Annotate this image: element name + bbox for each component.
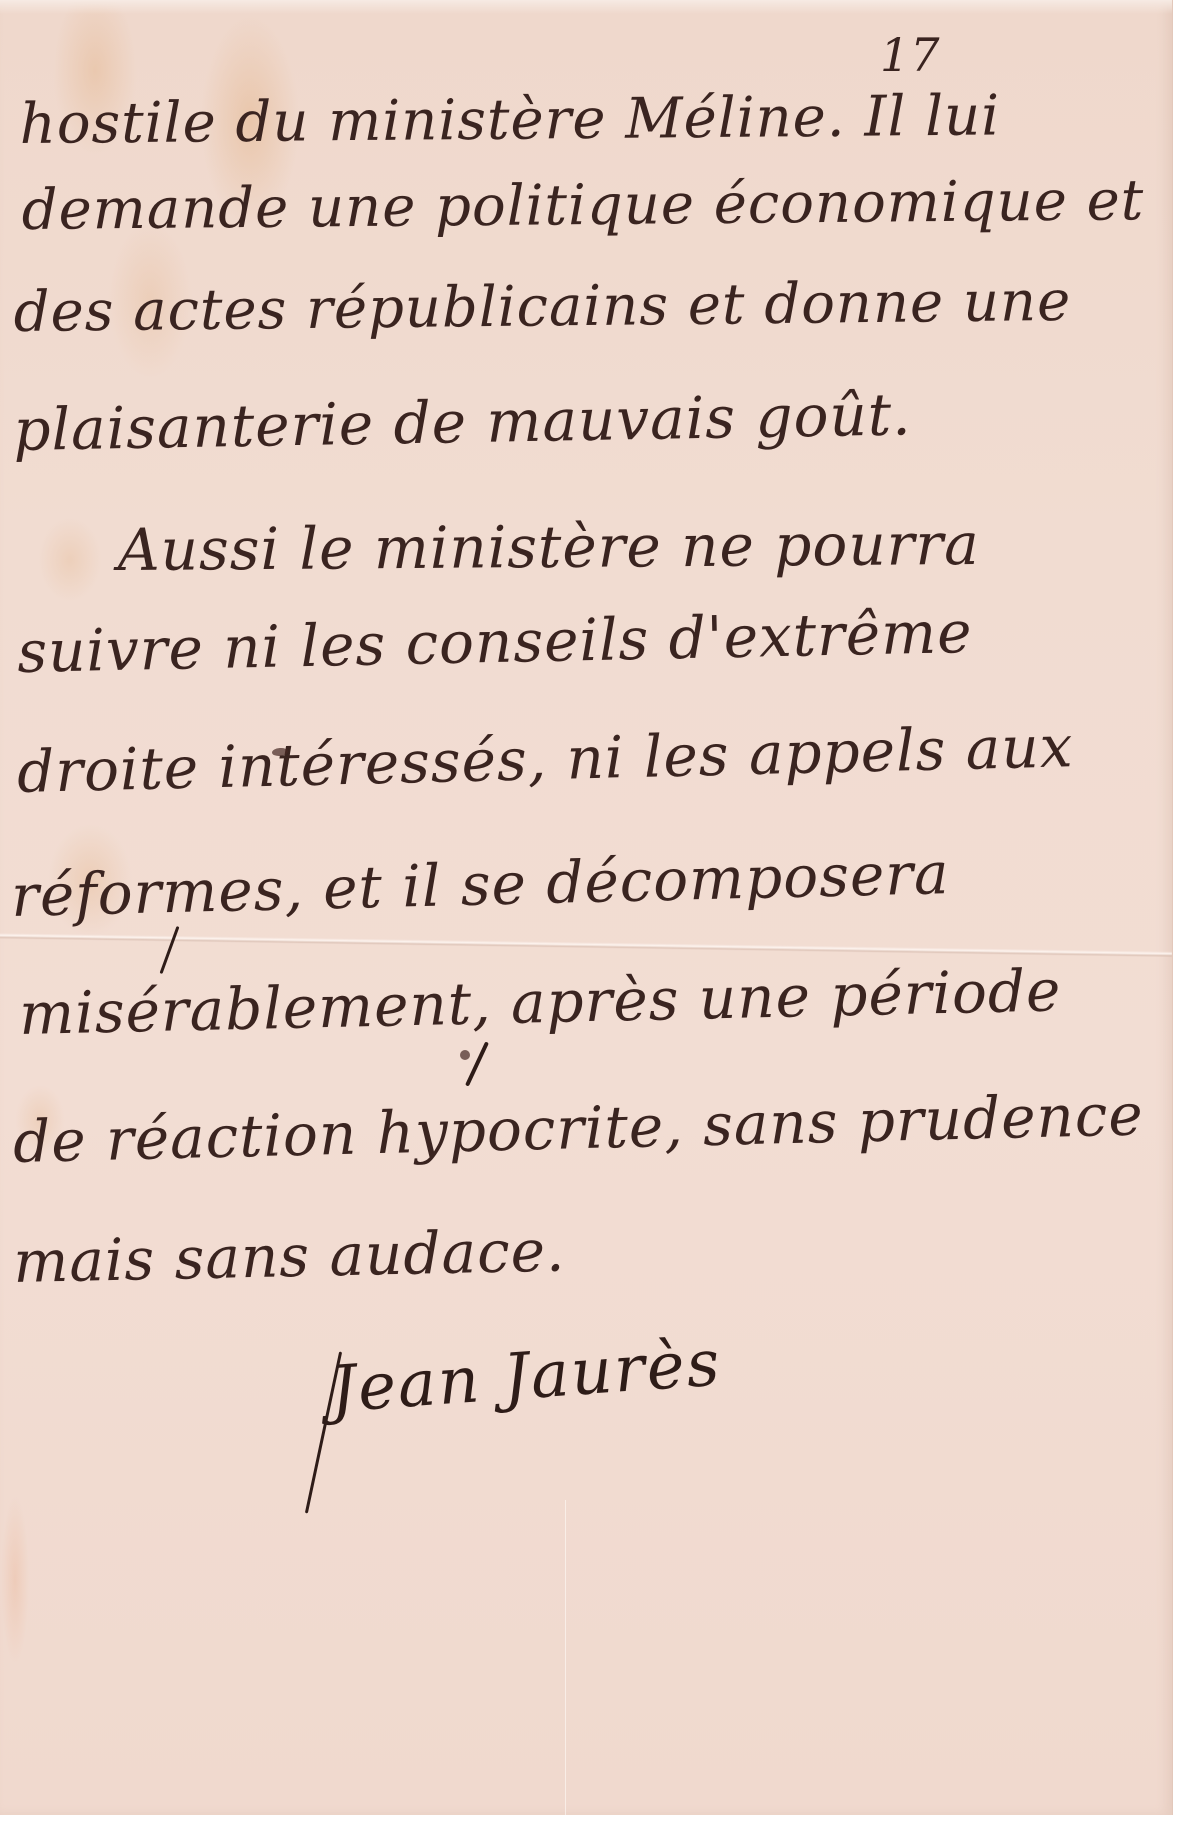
- vertical-crease: [565, 1500, 566, 1815]
- letter-line-2: demande une politique économique et: [21, 168, 1144, 243]
- signature: Jean Jaurès: [328, 1326, 724, 1427]
- letter-line-6: suivre ni les conseils d'extrême: [17, 598, 973, 686]
- letter-line-4: plaisanterie de mauvais goût.: [13, 380, 912, 464]
- comma-stroke: [465, 1041, 489, 1086]
- letter-line-10: de réaction hypocrite, sans prudence: [12, 1080, 1144, 1176]
- ink-smudge: [460, 1050, 470, 1060]
- comma-stroke: [160, 926, 180, 974]
- torn-top-edge: [0, 0, 1172, 14]
- letter-line-5: Aussi le ministère ne pourra: [118, 510, 980, 584]
- letter-page: 17 hostile du ministère Méline. Il lui d…: [0, 0, 1173, 1815]
- letter-line-3: des actes républicains et donne une: [13, 269, 1071, 345]
- letter-line-1: hostile du ministère Méline. Il lui: [19, 83, 1000, 157]
- letter-line-9: misérablement, après une période: [18, 956, 1062, 1048]
- page-number-note: 17: [880, 28, 941, 82]
- letter-line-7: droite intéressés, ni les appels aux: [16, 712, 1074, 806]
- letter-line-8: réformes, et il se décomposera: [10, 839, 950, 930]
- letter-line-11: mais sans audace.: [13, 1216, 566, 1296]
